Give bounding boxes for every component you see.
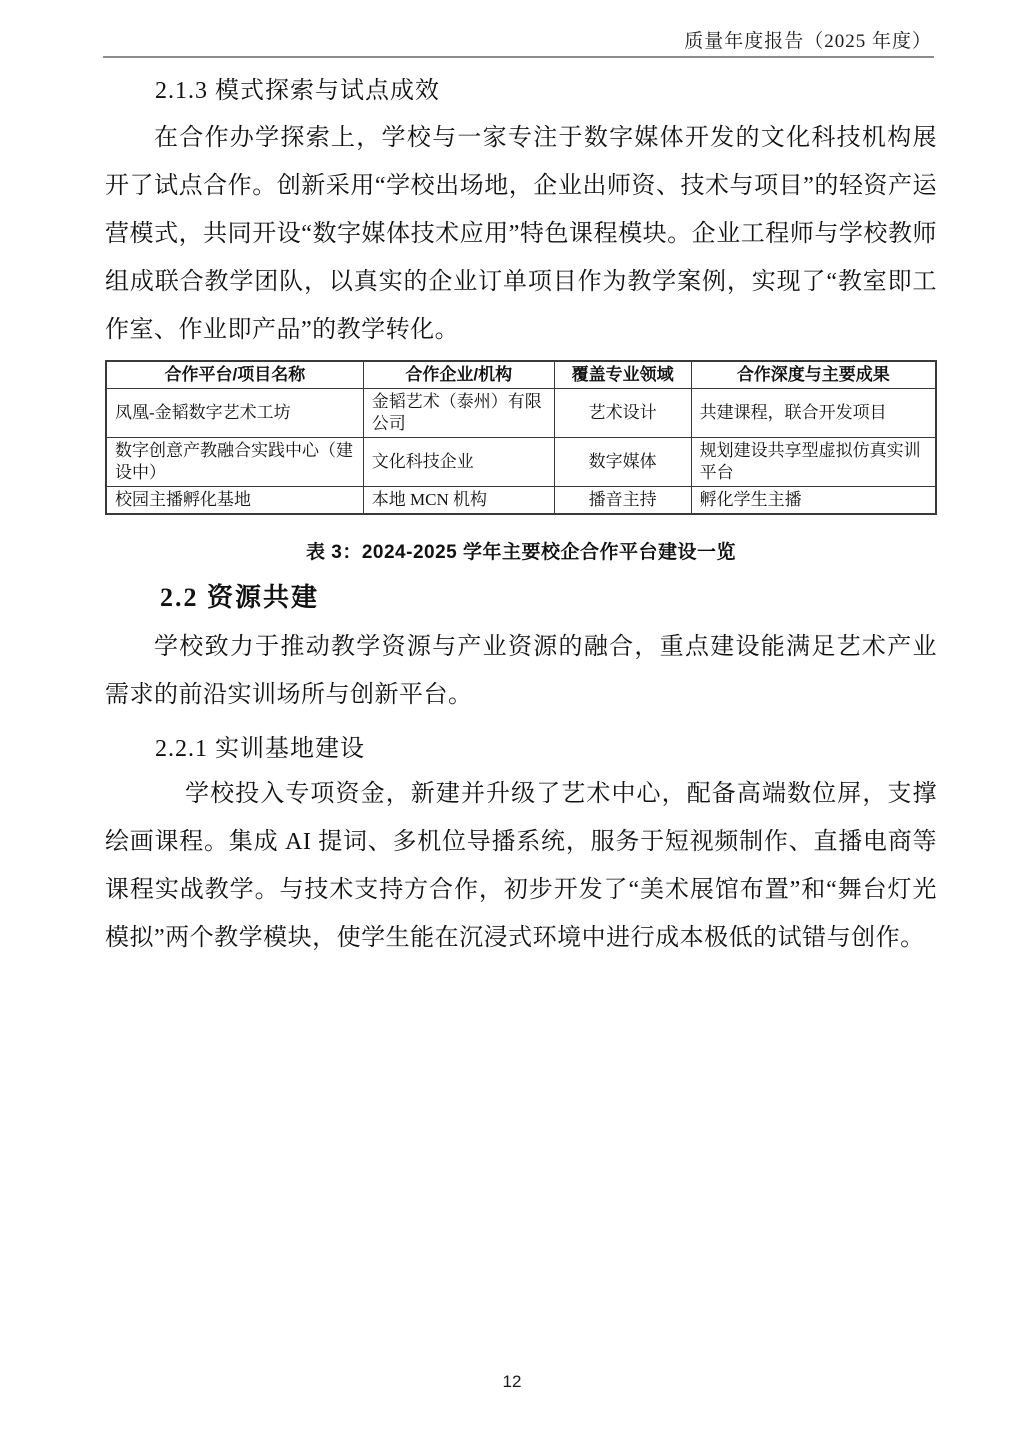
heading-2-2-1: 2.2.1 实训基地建设 [105,732,937,766]
heading-2-2: 2.2 资源共建 [105,581,937,615]
running-header: 质量年度报告（2025 年度） [684,26,932,53]
paragraph-2-2: 学校致力于推动教学资源与产业资源的融合，重点建设能满足艺术产业需求的前沿实训场所… [105,623,937,719]
table-cell: 数字创意产教融合实践中心（建设中） [106,438,363,487]
table-row: 校园主播孵化基地 本地 MCN 机构 播音主持 孵化学生主播 [106,487,936,515]
table-caption: 表 3：2024-2025 学年主要校企合作平台建设一览 [105,537,937,564]
table-header-row: 合作平台/项目名称 合作企业/机构 覆盖专业领域 合作深度与主要成果 [106,361,936,389]
table-header-platform: 合作平台/项目名称 [106,361,363,389]
page-number: 12 [0,1372,1024,1392]
table-cell: 规划建设共享型虚拟仿真实训平台 [691,438,936,487]
table-cell: 文化科技企业 [363,438,554,487]
table-cell: 校园主播孵化基地 [106,487,363,515]
page-content: 2.1.3 模式探索与试点成效 在合作办学探索上，学校与一家专注于数字媒体开发的… [105,74,937,962]
heading-2-1-3: 2.1.3 模式探索与试点成效 [105,74,937,108]
table-cell: 共建课程，联合开发项目 [691,389,936,438]
paragraph-2-1-3: 在合作办学探索上，学校与一家专注于数字媒体开发的文化科技机构展开了试点合作。创新… [105,114,937,354]
table-header-company: 合作企业/机构 [363,361,554,389]
table-row: 数字创意产教融合实践中心（建设中） 文化科技企业 数字媒体 规划建设共享型虚拟仿… [106,438,936,487]
table-cell: 孵化学生主播 [691,487,936,515]
document-page: 质量年度报告（2025 年度） 2.1.3 模式探索与试点成效 在合作办学探索上… [0,0,1024,1449]
table-cell: 金韬艺术（泰州）有限公司 [363,389,554,438]
cooperation-table: 合作平台/项目名称 合作企业/机构 覆盖专业领域 合作深度与主要成果 凤凰-金韬… [105,360,937,515]
table-header-result: 合作深度与主要成果 [691,361,936,389]
table-cell: 本地 MCN 机构 [363,487,554,515]
table-cell: 播音主持 [554,487,691,515]
table-header-field: 覆盖专业领域 [554,361,691,389]
table-cell: 艺术设计 [554,389,691,438]
table-cell: 凤凰-金韬数字艺术工坊 [106,389,363,438]
table-row: 凤凰-金韬数字艺术工坊 金韬艺术（泰州）有限公司 艺术设计 共建课程，联合开发项… [106,389,936,438]
header-rule [103,56,934,58]
paragraph-2-2-1: 学校投入专项资金，新建并升级了艺术中心，配备高端数位屏，支撑绘画课程。集成 AI… [105,770,937,962]
table-cell: 数字媒体 [554,438,691,487]
